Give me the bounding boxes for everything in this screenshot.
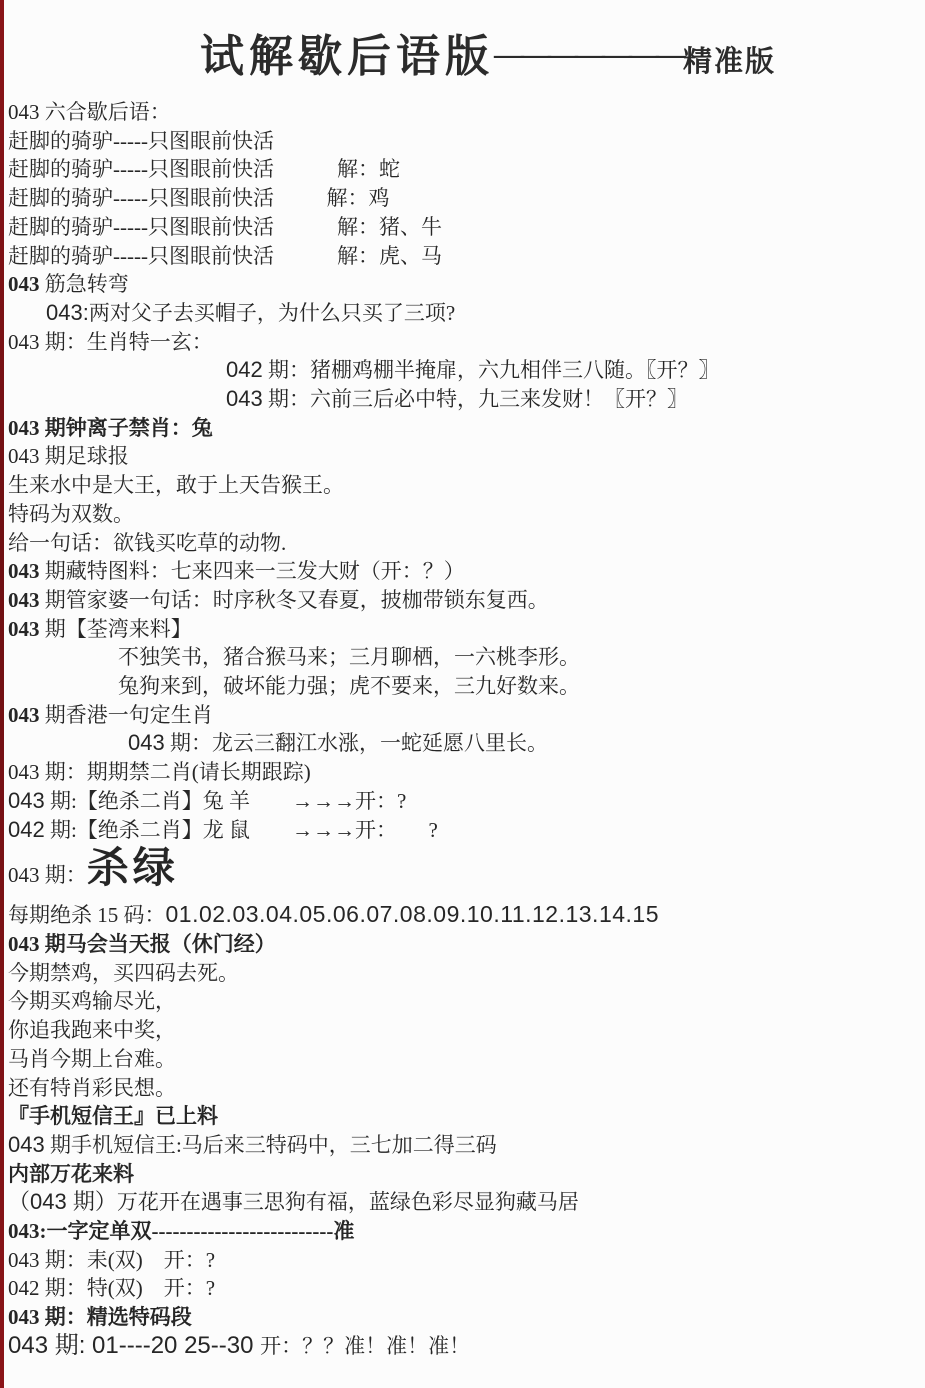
line-text: 期：耒(双) 开：? [40, 1248, 216, 1272]
text-line: 043:一字定单双--------------------------准 [8, 1217, 917, 1246]
line-text: 01.02.03.04.05.06.07.08.09.10.11.12.13.1… [166, 901, 660, 927]
line-text: 赶脚的骑驴-----只图眼前快活 解：虎、马 [8, 244, 442, 268]
line-prefix: 043 [226, 386, 263, 411]
line-text: 六合歇后语： [40, 100, 171, 124]
text-line: 赶脚的骑驴-----只图眼前快活 解：猪、牛 [8, 213, 917, 242]
text-line: 『手机短信王』已上料 [8, 1102, 917, 1131]
text-line: 赶脚的骑驴-----只图眼前快活 解：蛇 [8, 155, 917, 184]
text-line: 给一句话：欲钱买吃草的动物. [8, 529, 917, 558]
line-prefix: 043 [8, 559, 40, 583]
scanned-lottery-tip-sheet: 试解歇后语版———————精准版 043 六合歇后语：赶脚的骑驴-----只图眼… [0, 0, 925, 1388]
text-line: 043 期:【绝杀二肖】兔 羊 →→→开：? [8, 787, 917, 816]
text-line: 043 期马会当天报（休门经） [8, 930, 917, 959]
text-line: 今期买鸡输尽光， [8, 987, 917, 1016]
line-prefix: 043 [8, 100, 40, 124]
text-line: 马肖今期上台难。 [8, 1045, 917, 1074]
line-text: 还有特肖彩民想。 [8, 1076, 176, 1100]
text-line: 043 期：龙云三翻江水涨，一蛇延愿八里长。 [128, 729, 917, 758]
line-prefix: 043 [8, 703, 40, 727]
line-text: 今期买鸡输尽光， [8, 989, 176, 1013]
line-text: 期足球报 [40, 444, 129, 468]
line-prefix: 043 [8, 760, 40, 784]
line-text: 期钟离子禁肖：兔 [40, 416, 213, 440]
text-line: 042 期：特(双) 开：? [8, 1274, 917, 1303]
line-prefix: 043 [8, 617, 40, 641]
line-prefix: 042 [8, 817, 45, 842]
line-prefix: 043 [8, 330, 40, 354]
text-line: 赶脚的骑驴-----只图眼前快活 解：虎、马 [8, 242, 917, 271]
text-line: 043 期：期期禁二肖(请长期跟踪) [8, 758, 917, 787]
line-prefix: 043 [8, 272, 40, 296]
title-main: 试解歇后语版 [200, 32, 494, 81]
line-text: 杀绿 [87, 846, 179, 892]
title-dashes: ——————— [494, 38, 683, 71]
text-line: 特码为双数。 [8, 500, 917, 529]
line-prefix: 043 [8, 1305, 40, 1329]
line-prefix: 043 [8, 588, 40, 612]
text-line: 043 六合歇后语： [8, 98, 917, 127]
text-line: 043 期: 01----20 25--30 开：？？准！准！准！ [8, 1332, 917, 1361]
line-text: 不独笑书，猪合猴马来；三月聊栖，一六桃李形。 [118, 645, 580, 669]
line-text: 『手机短信王』已上料 [8, 1104, 218, 1128]
line-text: 特码为双数。 [8, 502, 134, 526]
line-prefix: 042 [8, 1276, 40, 1300]
text-line: 043 筋急转弯 [8, 270, 917, 299]
line-text: 今期禁鸡，买四码去死。 [8, 961, 239, 985]
line-text: 期藏特图料：七来四来一三发大财（开：？） [40, 559, 465, 583]
text-line: 043 期足球报 [8, 442, 917, 471]
line-text: 赶脚的骑驴-----只图眼前快活 解：猪、牛 [8, 215, 442, 239]
line-text: 期：特(双) 开：? [40, 1276, 216, 1300]
text-line: 043:两对父子去买帽子，为什么只买了三项? [46, 299, 917, 328]
text-line: 每期绝杀 15 码：01.02.03.04.05.06.07.08.09.10.… [8, 900, 917, 930]
line-text: 期：生肖特一玄： [40, 330, 213, 354]
text-line: 043 期：生肖特一玄： [8, 328, 917, 357]
line-text: 期：精选特码段 [40, 1305, 192, 1329]
text-line: 043 期：耒(双) 开：? [8, 1246, 917, 1275]
line-text: 期：期期禁二肖(请长期跟踪) [40, 760, 311, 784]
text-line: 043 期：六前三后必中特，九三来发财！〖开？〗 [226, 385, 917, 414]
text-line: 043 期【荃湾来料】 [8, 615, 917, 644]
line-text: 万花开在遇事三思狗有福，蓝绿色彩尽显狗藏马居 [117, 1190, 579, 1214]
line-text: 期马会当天报（休门经） [40, 932, 276, 956]
line-text: 筋急转弯 [40, 272, 129, 296]
text-line: 内部万花来料 [8, 1160, 917, 1189]
text-line: 还有特肖彩民想。 [8, 1074, 917, 1103]
text-line: 043 期藏特图料：七来四来一三发大财（开：？） [8, 557, 917, 586]
line-prefix: （043 期） [8, 1189, 117, 1214]
line-text: 期:【绝杀二肖】兔 羊 →→→开：? [45, 789, 407, 813]
line-prefix: 043 期: 01----20 25--30 [8, 1332, 260, 1359]
line-text: 两对父子去买帽子，为什么只买了三项? [89, 301, 455, 325]
text-line: 043 期管家婆一句话：时序秋冬又春夏，披枷带锁东复西。 [8, 586, 917, 615]
line-text: 期：龙云三翻江水涨，一蛇延愿八里长。 [165, 731, 548, 755]
line-text: 开：？？准！准！准！ [260, 1334, 470, 1358]
text-line: 043 期：精选特码段 [8, 1303, 917, 1332]
line-prefix: 043 [8, 416, 40, 440]
document-content: 试解歇后语版———————精准版 043 六合歇后语：赶脚的骑驴-----只图眼… [0, 0, 925, 1361]
line-text: 期手机短信王:马后来三特码中，三七加二得三码 [45, 1133, 497, 1157]
line-prefix: 043: [8, 1219, 47, 1243]
line-prefix: 043 [8, 932, 40, 956]
text-line: 042 期：猪棚鸡棚半掩扉，六九相伴三八随。〖开？〗 [226, 356, 917, 385]
text-line: 今期禁鸡，买四码去死。 [8, 959, 917, 988]
line-prefix: 042 [226, 357, 263, 382]
title-suffix: 精准版 [683, 46, 776, 78]
page-title: 试解歇后语版———————精准版 [200, 20, 917, 84]
line-text: 给一句话：欲钱买吃草的动物. [8, 531, 286, 555]
line-text: 期：六前三后必中特，九三来发财！〖开？〗 [263, 387, 688, 411]
line-prefix: 每期绝杀 15 码： [8, 903, 166, 927]
text-line: （043 期）万花开在遇事三思狗有福，蓝绿色彩尽显狗藏马居 [8, 1188, 917, 1217]
line-prefix: 043 [8, 788, 45, 813]
line-prefix: 043 [128, 730, 165, 755]
line-text: 期：猪棚鸡棚半掩扉，六九相伴三八随。〖开？〗 [263, 358, 720, 382]
line-prefix: 043 [8, 444, 40, 468]
line-text: 生来水中是大王，敢于上天告猴王。 [8, 473, 344, 497]
text-lines-container: 043 六合歇后语：赶脚的骑驴-----只图眼前快活赶脚的骑驴-----只图眼前… [8, 98, 917, 1361]
text-line: 兔狗来到，破坏能力强；虎不要来，三九好数来。 [118, 672, 917, 701]
line-text: 赶脚的骑驴-----只图眼前快活 解：鸡 [8, 186, 389, 210]
line-text: 期【荃湾来料】 [40, 617, 192, 641]
line-text: 你追我跑来中奖， [8, 1018, 176, 1042]
line-prefix: 043 [8, 1248, 40, 1272]
text-line: 生来水中是大王，敢于上天告猴王。 [8, 471, 917, 500]
line-prefix: 043: [46, 300, 89, 325]
text-line: 043 期香港一句定生肖 [8, 701, 917, 730]
text-line: 不独笑书，猪合猴马来；三月聊栖，一六桃李形。 [118, 643, 917, 672]
line-text: 期香港一句定生肖 [40, 703, 213, 727]
line-text: 赶脚的骑驴-----只图眼前快活 解：蛇 [8, 157, 400, 181]
text-line: 043 期手机短信王:马后来三特码中，三七加二得三码 [8, 1131, 917, 1160]
text-line: 赶脚的骑驴-----只图眼前快活 [8, 127, 917, 156]
line-text: 期:【绝杀二肖】龙 鼠 →→→开： ? [45, 818, 438, 842]
line-text: 一字定单双--------------------------准 [47, 1219, 355, 1243]
text-line: 043 期：杀绿 [8, 844, 917, 900]
text-line: 042 期:【绝杀二肖】龙 鼠 →→→开： ? [8, 816, 917, 845]
line-text: 马肖今期上台难。 [8, 1047, 176, 1071]
line-text: 赶脚的骑驴-----只图眼前快活 [8, 129, 274, 153]
text-line: 你追我跑来中奖， [8, 1016, 917, 1045]
text-line: 赶脚的骑驴-----只图眼前快活 解：鸡 [8, 184, 917, 213]
line-prefix: 043 期： [8, 863, 87, 887]
line-text: 内部万花来料 [8, 1162, 134, 1186]
line-prefix: 043 [8, 1132, 45, 1157]
line-text: 期管家婆一句话：时序秋冬又春夏，披枷带锁东复西。 [40, 588, 549, 612]
line-text: 兔狗来到，破坏能力强；虎不要来，三九好数来。 [118, 674, 580, 698]
text-line: 043 期钟离子禁肖：兔 [8, 414, 917, 443]
